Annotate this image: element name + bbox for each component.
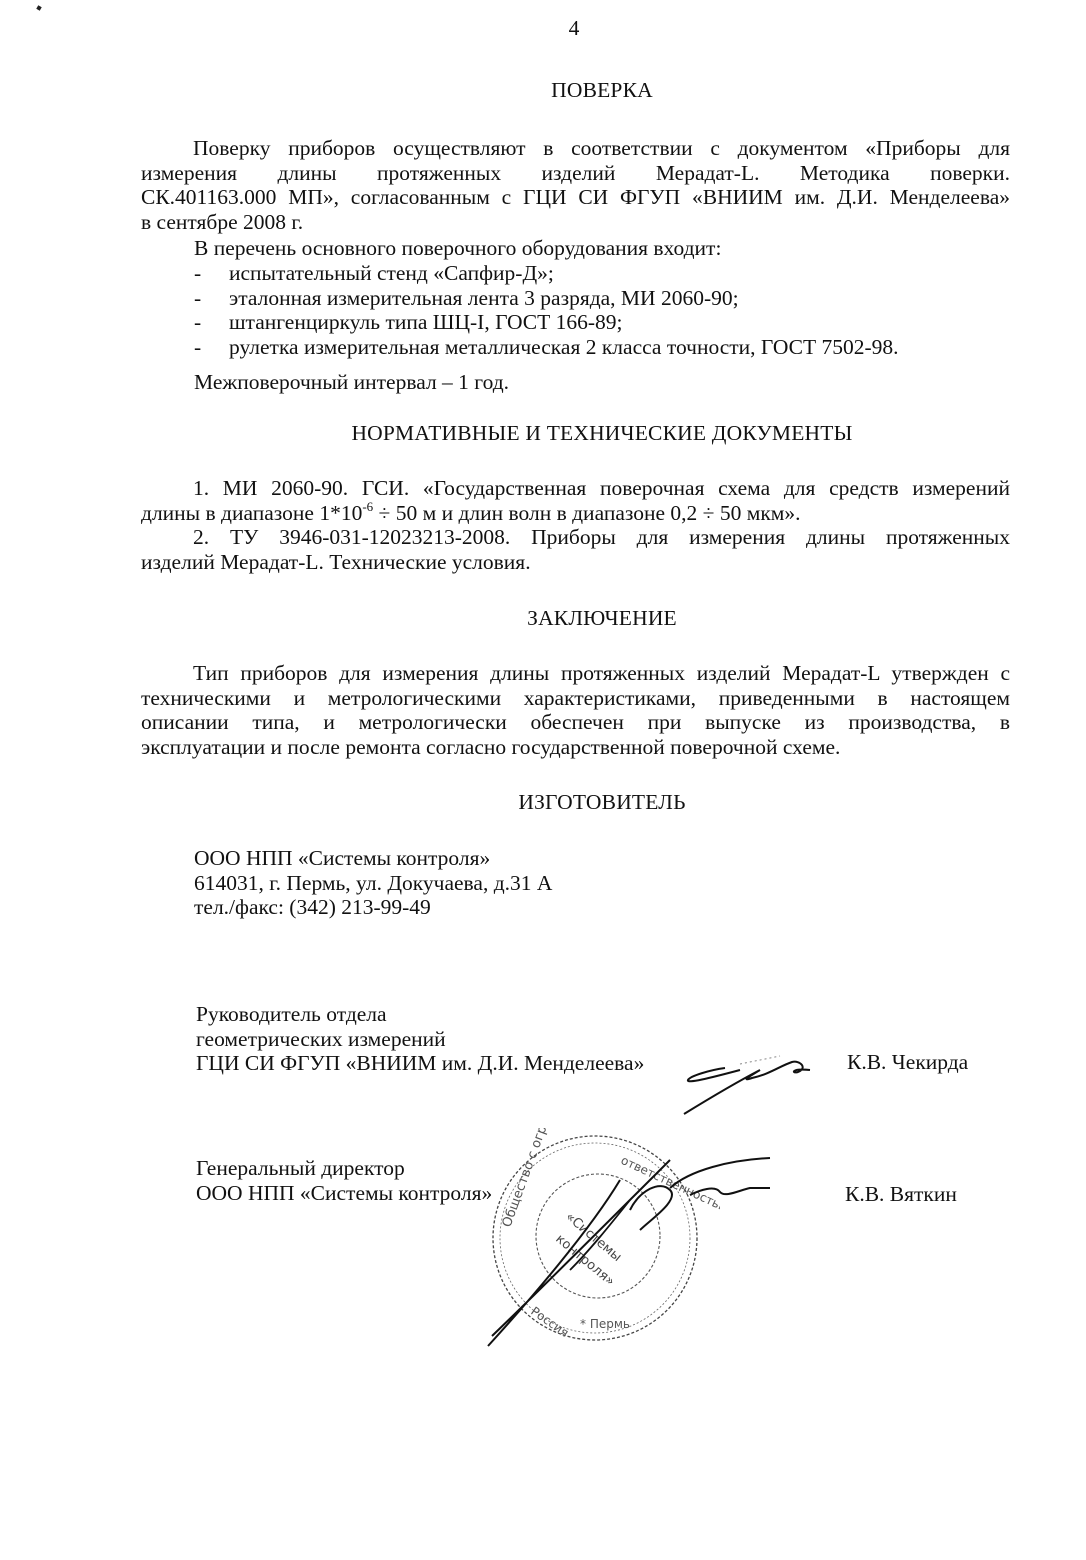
text-line: Поверку приборов осуществляют в соответс…	[141, 136, 1010, 161]
signature-1-icon	[680, 1048, 830, 1118]
signatory-2-position: Генеральный директор ООО НПП «Системы ко…	[196, 1156, 492, 1205]
conclusion-paragraph: Тип приборов для измерения длины протяже…	[141, 661, 1010, 759]
verification-interval: Межповерочный интервал – 1 год.	[194, 370, 509, 395]
list-item: -штангенциркуль типа ШЦ-I, ГОСТ 166-89;	[194, 310, 899, 335]
signatory-2-name: К.В. Вяткин	[845, 1182, 957, 1207]
text-line: техническими и метрологическими характер…	[141, 686, 1010, 711]
page-number: 4	[0, 16, 1086, 41]
section-title-manufacturer: ИЗГОТОВИТЕЛЬ	[0, 790, 1086, 815]
text-line: в сентябре 2008 г.	[141, 210, 1010, 235]
text-line: описании типа, и метрологически обеспече…	[141, 710, 1010, 735]
section-title-verification: ПОВЕРКА	[0, 78, 1086, 103]
manufacturer-name: ООО НПП «Системы контроля»	[194, 846, 552, 871]
signatory-1-position: Руководитель отдела геометрических измер…	[196, 1002, 644, 1076]
list-item: -испытательный стенд «Сапфир-Д»;	[194, 261, 899, 286]
section-title-normative-docs: НОРМАТИВНЫЕ И ТЕХНИЧЕСКИЕ ДОКУМЕНТЫ	[0, 421, 1086, 446]
section-title-conclusion: ЗАКЛЮЧЕНИЕ	[0, 606, 1086, 631]
scan-speck	[36, 5, 41, 10]
manufacturer-address: 614031, г. Пермь, ул. Докучаева, д.31 А	[194, 871, 552, 896]
normative-docs-list: 1. МИ 2060-90. ГСИ. «Государственная пов…	[141, 476, 1010, 574]
list-item: -эталонная измерительная лента 3 разряда…	[194, 286, 899, 311]
doc-2-line-1: 2. ТУ 3946-031-12023213-2008. Приборы дл…	[141, 525, 1010, 550]
list-item: -рулетка измерительная металлическая 2 к…	[194, 335, 899, 360]
doc-1-line-2: длины в диапазоне 1*10-6 ÷ 50 м и длин в…	[141, 501, 1010, 526]
text-line: эксплуатации и после ремонта согласно го…	[141, 735, 1010, 760]
verification-paragraph: Поверку приборов осуществляют в соответс…	[141, 136, 1010, 234]
doc-1-line-1: 1. МИ 2060-90. ГСИ. «Государственная пов…	[141, 476, 1010, 501]
manufacturer-info: ООО НПП «Системы контроля» 614031, г. Пе…	[194, 846, 552, 920]
text-line: Тип приборов для измерения длины протяже…	[141, 661, 1010, 686]
text-line: измерения длины протяженных изделий Мера…	[141, 161, 1010, 186]
manufacturer-phone: тел./факс: (342) 213-99-49	[194, 895, 552, 920]
text-line: СК.401163.000 МП», согласованным с ГЦИ С…	[141, 185, 1010, 210]
equipment-intro: В перечень основного поверочного оборудо…	[194, 236, 721, 261]
signature-2-icon	[470, 1140, 810, 1350]
doc-2-line-2: изделий Мерадат-L. Технические условия.	[141, 550, 1010, 575]
equipment-list: -испытательный стенд «Сапфир-Д»; -эталон…	[194, 261, 899, 359]
signatory-1-name: К.В. Чекирда	[847, 1050, 968, 1075]
